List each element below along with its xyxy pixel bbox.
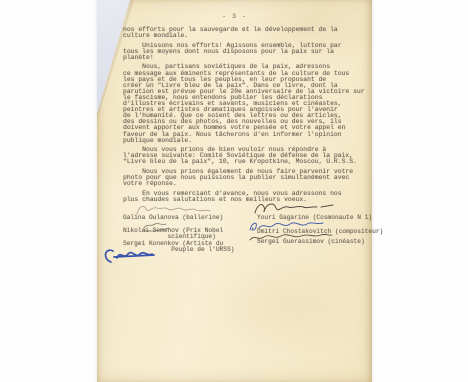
signature-block: Galina Oulanova (ballerine) Youri Gagari… [97, 202, 372, 277]
paragraph-unissons: Unissons nos efforts! Agissons ensemble,… [123, 43, 369, 61]
signatory-oulanova: Galina Oulanova (ballerine) [123, 215, 223, 221]
paragraph-adresse: Nous vous prions de bien vouloir nous ré… [123, 147, 369, 165]
signatory-guerassimov: Sergei Guerassimov (cinéaste) [257, 239, 365, 245]
scanned-letter: - 3 - nos efforts pour la sauvegarde et … [0, 0, 468, 382]
signatory-chostakovitch: Dmitri Chostakovitch (compositeur) [257, 229, 383, 235]
page-number: - 3 - [97, 13, 372, 20]
signatory-gagarine: Youri Gagarine (Cosmonaute N 1) [257, 215, 372, 221]
paragraph-photo: Nous vous prions également de nous faire… [123, 169, 369, 187]
letter-body: nos efforts pour la sauvegarde et le dév… [123, 27, 369, 206]
letter-page: - 3 - nos efforts pour la sauvegarde et … [97, 0, 372, 382]
signatory-semenov: Nikolai Semenov (Prix Nobel scientifique… [123, 228, 223, 240]
signatory-konenkov: Sergei Konenkov (Artiste du Peuple de l'… [123, 241, 234, 253]
paragraph-livre-bleu: Nous, partisans soviétiques de la paix, … [123, 64, 369, 143]
paragraph-culture-mondiale: nos efforts pour la sauvegarde et le dév… [123, 27, 369, 39]
